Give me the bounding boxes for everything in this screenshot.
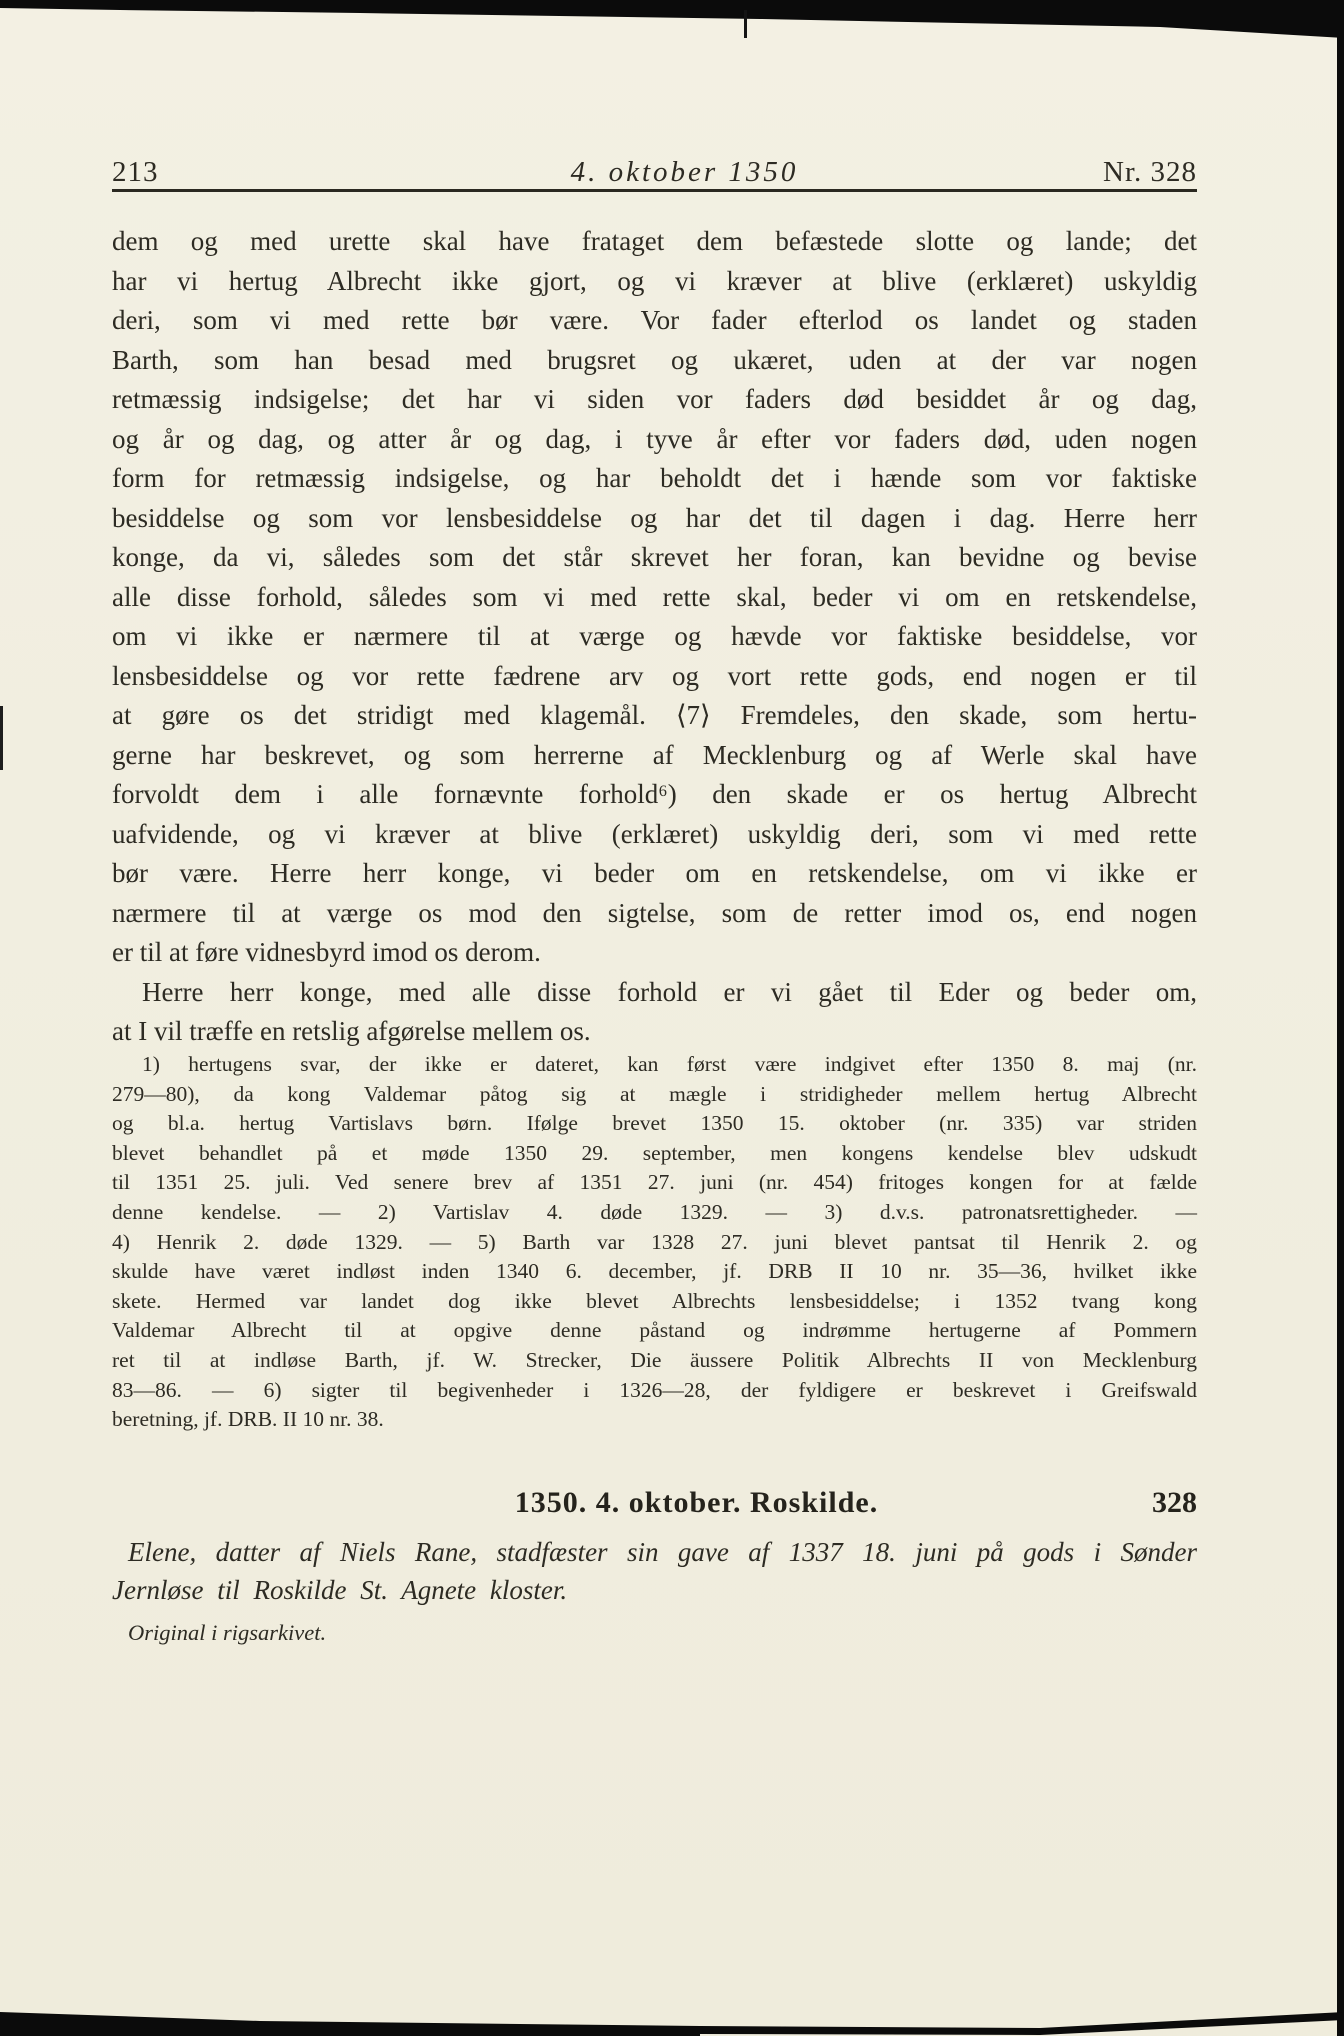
text-line: og år og dag, og atter år og dag, i tyve… xyxy=(112,420,1197,460)
text-line: besiddelse og som vor lensbesiddelse og … xyxy=(112,499,1197,539)
text-line: 1) hertugens svar, der ikke er dateret, … xyxy=(112,1050,1197,1080)
scan-artifact-top-edge xyxy=(0,0,1344,40)
text-line: denne kendelse. — 2) Vartislav 4. døde 1… xyxy=(112,1198,1197,1228)
text-line: er til at føre vidnesbyrd imod os derom. xyxy=(112,933,1197,973)
scanned-book-page: 213 4. oktober 1350 Nr. 328 dem og med u… xyxy=(0,0,1344,2036)
text-line: retmæssig indsigelse; det har vi siden v… xyxy=(112,380,1197,420)
text-line: har vi hertug Albrecht ikke gjort, og vi… xyxy=(112,262,1197,302)
text-line: beretning, jf. DRB. II 10 nr. 38. xyxy=(112,1405,1197,1435)
text-line: deri, som vi med rette bør være. Vor fad… xyxy=(112,301,1197,341)
text-line: alle disse forhold, således som vi med r… xyxy=(112,578,1197,618)
text-line: lensbesiddelse og vor rette fædrene arv … xyxy=(112,657,1197,697)
text-line: Valdemar Albrecht til at opgive denne på… xyxy=(112,1316,1197,1346)
page-header: 213 4. oktober 1350 Nr. 328 xyxy=(112,156,1197,189)
text-line: dem og med urette skal have frataget dem… xyxy=(112,222,1197,262)
text-line: gerne har beskrevet, og som herrerne af … xyxy=(112,736,1197,776)
text-line: Barth, som han besad med brugsret og ukæ… xyxy=(112,341,1197,381)
scan-artifact-left-sliver xyxy=(0,706,3,770)
entry-heading: 1350. 4. oktober. Roskilde. xyxy=(154,1486,1239,1520)
text-line: Jernløse til Roskilde St. Agnete kloster… xyxy=(112,1571,1197,1609)
text-line: forvoldt dem i alle fornævnte forhold⁶) … xyxy=(112,775,1197,815)
text-line: uafvidende, og vi kræver at blive (erklæ… xyxy=(112,815,1197,855)
footnote-block: 1) hertugens svar, der ikke er dateret, … xyxy=(112,1050,1197,1435)
running-title: 4. oktober 1350 xyxy=(262,156,1037,189)
text-line: konge, da vi, således som det står skrev… xyxy=(112,538,1197,578)
text-line: at I vil træffe en retslig afgørelse mel… xyxy=(112,1012,1197,1052)
entry-heading-row: 328 1350. 4. oktober. Roskilde. xyxy=(112,1486,1197,1520)
text-line: og bl.a. hertug Vartislavs børn. Ifølge … xyxy=(112,1109,1197,1139)
document-body: dem og med urette skal have frataget dem… xyxy=(112,222,1197,1052)
text-line: 83—86. — 6) sigter til begivenheder i 13… xyxy=(112,1376,1197,1406)
text-line: om vi ikke er nærmere til at værge og hæ… xyxy=(112,617,1197,657)
archive-note: Original i rigsarkivet. xyxy=(112,1620,1197,1646)
text-line: nærmere til at værge os mod den sigtelse… xyxy=(112,894,1197,934)
text-line: Elene, datter af Niels Rane, stadfæster … xyxy=(112,1533,1197,1571)
document-number-header: Nr. 328 xyxy=(1037,156,1197,189)
text-line: blevet behandlet på et møde 1350 29. sep… xyxy=(112,1139,1197,1169)
page-number: 213 xyxy=(112,156,262,189)
text-line: form for retmæssig indsigelse, og har be… xyxy=(112,459,1197,499)
text-line: 4) Henrik 2. døde 1329. — 5) Barth var 1… xyxy=(112,1228,1197,1258)
text-line: ret til at indløse Barth, jf. W. Strecke… xyxy=(112,1346,1197,1376)
scan-artifact-bottom-right xyxy=(700,2008,1344,2036)
scan-artifact-tick xyxy=(744,10,747,38)
text-line: skulde have været indløst inden 1340 6. … xyxy=(112,1257,1197,1287)
body-paragraph-2: Herre herr konge, med alle disse forhold… xyxy=(112,973,1197,1052)
header-rule xyxy=(112,189,1197,192)
body-paragraph-1: dem og med urette skal have frataget dem… xyxy=(112,222,1197,973)
text-line: skete. Hermed var landet dog ikke blevet… xyxy=(112,1287,1197,1317)
text-line: Herre herr konge, med alle disse forhold… xyxy=(112,973,1197,1013)
scan-artifact-right-edge xyxy=(1337,0,1344,2036)
scan-artifact-bottom-left xyxy=(0,2008,700,2036)
text-line: 279—80), da kong Valdemar påtog sig at m… xyxy=(112,1080,1197,1110)
text-line: at gøre os det stridigt med klagemål. ⟨7… xyxy=(112,696,1197,736)
text-line: til 1351 25. juli. Ved senere brev af 13… xyxy=(112,1168,1197,1198)
text-line: bør være. Herre herr konge, vi beder om … xyxy=(112,854,1197,894)
entry-summary: Elene, datter af Niels Rane, stadfæster … xyxy=(112,1533,1197,1609)
